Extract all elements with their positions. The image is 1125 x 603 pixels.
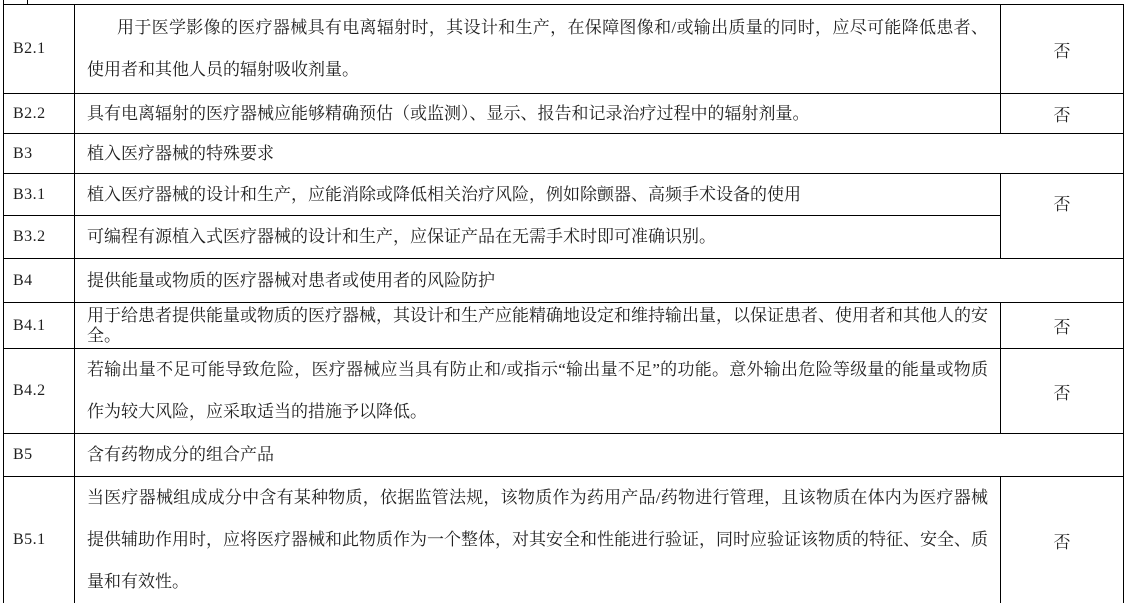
result-cell: 否 [1001, 349, 1124, 434]
requirement-text: 当医疗器械组成成分中含有某种物质，依据监管法规，该物质作为药用产品/药物进行管理… [75, 477, 1001, 603]
table-row-b5-1: B5.1 当医疗器械组成成分中含有某种物质，依据监管法规，该物质作为药用产品/药… [4, 477, 1124, 603]
requirement-text: 若输出量不足可能导致危险，医疗器械应当具有防止和/或指示“输出量不足”的功能。意… [75, 349, 1001, 434]
clause-number: B3 [4, 134, 75, 174]
result-cell-merged: 否 [1001, 174, 1124, 259]
clause-number: B3.1 [4, 174, 75, 216]
table-row-b3-2: B3.2 可编程有源植入式医疗器械的设计和生产，应保证产品在无需手术时即可准确识… [4, 216, 1124, 259]
table-row-b4-2: B4.2 若输出量不足可能导致危险，医疗器械应当具有防止和/或指示“输出量不足”… [4, 349, 1124, 434]
table-row-b4-section: B4 提供能量或物质的医疗器械对患者或使用者的风险防护 [4, 259, 1124, 303]
requirement-text: 用于给患者提供能量或物质的医疗器械，其设计和生产应能精确地设定和维持输出量，以保… [75, 303, 1001, 349]
section-title-text: 含有药物成分的组合产品 [75, 434, 1124, 477]
requirement-text: 可编程有源植入式医疗器械的设计和生产，应保证产品在无需手术时即可准确识别。 [75, 216, 1001, 259]
section-title-text: 植入医疗器械的特殊要求 [75, 134, 1124, 174]
clause-number: B5.1 [4, 477, 75, 603]
result-cell: 否 [1001, 5, 1124, 94]
clause-number: B4.1 [4, 303, 75, 349]
table-row-b3-1: B3.1 植入医疗器械的设计和生产，应能消除或降低相关治疗风险，例如除颤器、高频… [4, 174, 1124, 216]
result-cell: 否 [1001, 94, 1124, 134]
requirement-text: 具有电离辐射的医疗器械应能够精确预估（或监测）、显示、报告和记录治疗过程中的辐射… [75, 94, 1001, 134]
table-row-b2-1: B2.1 用于医学影像的医疗器械具有电离辐射时，其设计和生产，在保障图像和/或输… [4, 5, 1124, 94]
clause-number: B4 [4, 259, 75, 303]
clause-number: B5 [4, 434, 75, 477]
section-title-text: 提供能量或物质的医疗器械对患者或使用者的风险防护 [75, 259, 1124, 303]
clause-number: B2.2 [4, 94, 75, 134]
table-row-b2-2: B2.2 具有电离辐射的医疗器械应能够精确预估（或监测）、显示、报告和记录治疗过… [4, 94, 1124, 134]
result-cell: 否 [1001, 303, 1124, 349]
requirement-text: 植入医疗器械的设计和生产，应能消除或降低相关治疗风险，例如除颤器、高频手术设备的… [75, 174, 1001, 216]
table-row-b3-section: B3 植入医疗器械的特殊要求 [4, 134, 1124, 174]
result-cell: 否 [1001, 477, 1124, 603]
clause-number: B3.2 [4, 216, 75, 259]
table-row-b4-1: B4.1 用于给患者提供能量或物质的医疗器械，其设计和生产应能精确地设定和维持输… [4, 303, 1124, 349]
requirement-text: 用于医学影像的医疗器械具有电离辐射时，其设计和生产，在保障图像和/或输出质量的同… [75, 5, 1001, 94]
requirements-table: B2.1 用于医学影像的医疗器械具有电离辐射时，其设计和生产，在保障图像和/或输… [3, 4, 1124, 603]
table-row-b5-section: B5 含有药物成分的组合产品 [4, 434, 1124, 477]
clause-number: B4.2 [4, 349, 75, 434]
clause-number: B2.1 [4, 5, 75, 94]
